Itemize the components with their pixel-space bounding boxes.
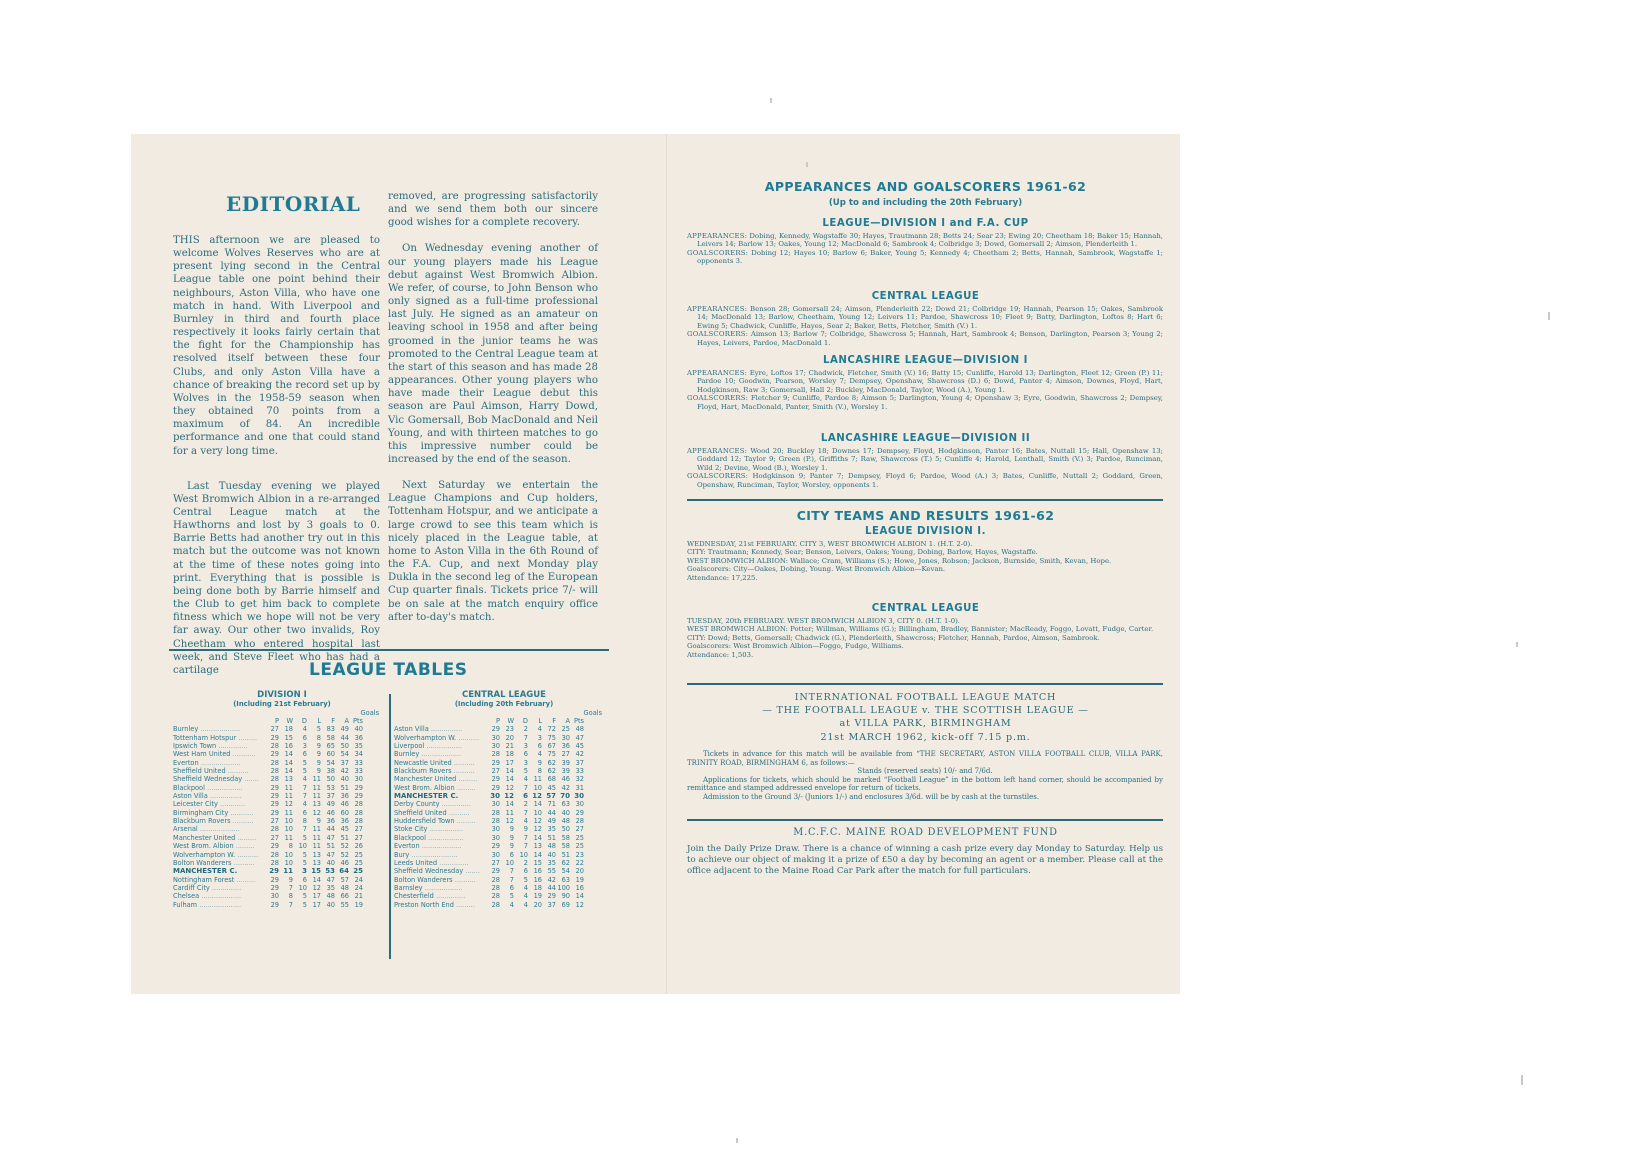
column-header: W [279,717,293,725]
page-fold [666,134,667,994]
goals-label: Goals [394,709,614,717]
scan-speck [736,1138,738,1143]
match-goalscorers: Goalscorers: West Bromwich Albion—Foggo,… [687,642,1163,650]
team-name: Liverpool ................. [394,742,486,750]
team-name: Aston Villa ............... [173,792,265,800]
table-row: Derby County ..............3014214716330 [394,800,584,808]
column-header: D [514,717,528,725]
team-name: Bolton Wanderers .......... [394,876,486,884]
fund-title: M.C.F.C. MAINE ROAD DEVELOPMENT FUND [671,827,1180,839]
team-name: Cardiff City .............. [173,884,265,892]
international-heading-line: — THE FOOTBALL LEAGUE v. THE SCOTTISH LE… [671,705,1180,717]
match-team2: WEST BROMWICH ALBION: Wallace; Cram, Wil… [687,557,1163,565]
scan-speck [806,162,808,167]
table-row: Burnley ...................271845834940 [173,725,363,733]
team-name: West Brom. Albion ......... [394,784,486,792]
appearances-section-body: APPEARANCES: Wood 20; Buckley 18; Downes… [687,447,1163,489]
editorial-title: EDITORIAL [226,192,360,216]
team-name: Manchester United ......... [173,834,265,842]
column-header: W [500,717,514,725]
team-name: Stoke City ................ [394,825,486,833]
goalscorers-list: GOALSCORERS: Hodgkinson 9; Panter 7; Dem… [687,472,1163,489]
column-header: L [307,717,321,725]
section-rule [169,649,609,651]
team-name: Wolverhampton W. .......... [173,851,265,859]
team-name: Derby County .............. [394,800,486,808]
central-league-table: CENTRAL LEAGUE (Including 20th February)… [394,691,614,909]
match-team1: WEST BROMWICH ALBION: Potter; Willman, W… [687,625,1163,633]
editorial-paragraph: THIS afternoon we are pleased to welcome… [173,234,380,458]
table-row: Aston Villa ...............2911711373629 [173,792,363,800]
match-attendance: Attendance: 1,503. [687,651,1163,659]
goalscorers-list: GOALSCORERS: Aimson 13; Barlow 7; Colbri… [687,330,1163,347]
table-row: Arsenal ...................2810711444527 [173,825,363,833]
table-row: Leicester City ............2912413494628 [173,800,363,808]
appearances-section-heading: CENTRAL LEAGUE [671,291,1180,302]
table-row: Sheffield Wednesday .......2813411504030 [173,775,363,783]
match-report: TUESDAY, 20th FEBRUARY. WEST BROMWICH AL… [687,617,1163,659]
stands-price: Stands (reserved seats) 10/- and 7/6d. [687,767,1163,776]
left-page: EDITORIAL THIS afternoon we are pleased … [131,134,661,994]
international-heading-line: at VILLA PARK, BIRMINGHAM [671,718,1180,730]
section-rule [687,499,1163,501]
table-row: Ipswich Town ..............281639655035 [173,742,363,750]
column-header: D [293,717,307,725]
editorial-column-2: removed, are progressing satisfactorily … [388,190,598,637]
table-row: Wolverhampton W. ..........2810513475225 [173,851,363,859]
team-name: Manchester United ......... [394,775,486,783]
programme-spread: EDITORIAL THIS afternoon we are pleased … [131,134,1180,994]
table-row: Blackburn Rovers ..........271458623933 [394,767,584,775]
table-row: Huddersfield Town .........2812412494828 [394,817,584,825]
appearances-section-heading: LEAGUE—DIVISION I and F.A. CUP [671,218,1180,229]
appearances-section-heading: LANCASHIRE LEAGUE—DIVISION I [671,355,1180,366]
team-name: Burnley ................... [173,725,265,733]
match-report: WEDNESDAY, 21st FEBRUARY. CITY 3, WEST B… [687,540,1163,582]
column-header: P [486,717,500,725]
team-name: Sheffield Wednesday ....... [173,775,265,783]
appearances-section-body: APPEARANCES: Benson 28; Gomersall 24; Ai… [687,305,1163,347]
team-name: Blackburn Rovers .......... [394,767,486,775]
team-name: West Brom. Albion ......... [173,842,265,850]
applications-info: Applications for tickets, which should b… [687,776,1163,793]
table-row: Bury ......................3061014405123 [394,851,584,859]
team-name: Sheffield Wednesday ....... [394,867,486,875]
international-notice: Tickets in advance for this match will b… [687,750,1163,801]
scan-speck [1516,642,1518,647]
appearances-list: APPEARANCES: Benson 28; Gomersall 24; Ai… [687,305,1163,330]
central-subtitle: (Including 20th February) [394,700,614,709]
team-name: Wolverhampton W. .......... [394,734,486,742]
team-name: Preston North End ......... [394,901,486,909]
table-row: Everton ...................299713485825 [394,842,584,850]
table-row: Everton ...................281459543733 [173,759,363,767]
appearances-list: APPEARANCES: Wood 20; Buckley 18; Downes… [687,447,1163,472]
division1-table: DIVISION I (Including 21st February) Goa… [173,691,391,909]
scan-speck [770,98,772,103]
table-row: Chelsea ...................308517486621 [173,892,363,900]
team-name: Tottenham Hotspur ......... [173,734,265,742]
team-name: Bury ...................... [394,851,486,859]
goalscorers-list: GOALSCORERS: Fletcher 9; Cunliffe, Pardo… [687,394,1163,411]
editorial-paragraph: Last Tuesday evening we played West Brom… [173,480,380,677]
table-row: Nottingham Forest .........299614475724 [173,876,363,884]
team-name: Aston Villa ............... [394,725,486,733]
team-name: Chelsea ................... [173,892,265,900]
table-header: PWDLFAPts [394,717,584,725]
table-row: Tottenham Hotspur .........291568584436 [173,734,363,742]
match-goalscorers: Goalscorers: City—Oakes, Dobing, Young. … [687,565,1163,573]
team-name: Chesterfield .............. [394,892,486,900]
team-name: Blackpool ................. [394,834,486,842]
fund-text: Join the Daily Prize Draw. There is a ch… [687,844,1163,877]
team-name: Ipswich Town .............. [173,742,265,750]
team-name: Blackpool ................. [173,784,265,792]
table-row: Fulham ....................297517405519 [173,901,363,909]
table-row: MANCHESTER C.3012612577030 [394,792,584,800]
table-row: Birmingham City ...........2911612466028 [173,809,363,817]
table-row: Stoke City ................309912355027 [394,825,584,833]
column-header: A [335,717,349,725]
division1-title: DIVISION I [173,691,391,700]
table-row: Bolton Wanderers ..........2810513404625 [173,859,363,867]
table-row: West Brom. Albion .........2981011515226 [173,842,363,850]
team-name: Leicester City ............ [173,800,265,808]
admission-info: Admission to the Ground 3/- (Juniors 1/-… [687,793,1163,802]
table-row: Wolverhampton W. ..........302073753047 [394,734,584,742]
table-row: West Brom. Albion .........2912710454231 [394,784,584,792]
team-name: Fulham .................... [173,901,265,909]
editorial-paragraph: Next Saturday we entertain the League Ch… [388,479,598,624]
appearances-subtitle: (Up to and including the 20th February) [671,198,1180,208]
match-result: WEDNESDAY, 21st FEBRUARY. CITY 3, WEST B… [687,540,1163,548]
league-tables-title: LEAGUE TABLES [309,660,467,680]
column-header: Pts [570,717,584,725]
section-rule [687,683,1163,685]
table-row: Chesterfield ..............285419299014 [394,892,584,900]
appearances-list: APPEARANCES: Dobing, Kennedy, Wagstaffe … [687,232,1163,249]
division1-standings: PWDLFAPtsBurnley ...................2718… [173,717,363,909]
table-row: Burnley ...................281864752742 [394,750,584,758]
editorial-column-1: THIS afternoon we are pleased to welcome… [173,234,380,690]
table-row: Blackpool .................2911711535129 [173,784,363,792]
team-name: Blackburn Rovers .......... [173,817,265,825]
international-heading-line: INTERNATIONAL FOOTBALL LEAGUE MATCH [671,692,1180,704]
column-header: F [321,717,335,725]
table-row: Newcastle United ..........291739623937 [394,759,584,767]
table-row: Preston North End .........284420376912 [394,901,584,909]
team-name: Leeds United .............. [394,859,486,867]
central-title: CENTRAL LEAGUE [394,691,614,700]
table-header: PWDLFAPts [173,717,363,725]
team-name: Burnley ................... [394,750,486,758]
table-row: Blackburn Rovers ..........271089363628 [173,817,363,825]
table-divider [389,694,391,959]
international-heading-line: 21st MARCH 1962, kick-off 7.15 p.m. [671,732,1180,744]
column-header: Pts [349,717,363,725]
results-section-heading: LEAGUE DIVISION I. [671,526,1180,537]
team-name: Bolton Wanderers .......... [173,859,265,867]
team-name: Newcastle United .......... [394,759,486,767]
table-row: Leeds United ..............2710215356222 [394,859,584,867]
division1-subtitle: (Including 21st February) [173,700,391,709]
central-standings: PWDLFAPtsAston Villa ...............2923… [394,717,584,909]
appearances-title: APPEARANCES AND GOALSCORERS 1961-62 [671,179,1180,194]
table-row: Manchester United .........2914411684632 [394,775,584,783]
match-attendance: Attendance: 17,225. [687,574,1163,582]
appearances-section-heading: LANCASHIRE LEAGUE—DIVISION II [671,433,1180,444]
results-title: CITY TEAMS AND RESULTS 1961-62 [671,508,1180,523]
table-row: West Ham United ...........291469605434 [173,750,363,758]
scan-speck [1521,1075,1523,1085]
table-row: MANCHESTER C.2911315536425 [173,867,363,875]
team-name: Arsenal ................... [173,825,265,833]
editorial-paragraph: On Wednesday evening another of our youn… [388,242,598,466]
team-name: Everton ................... [173,759,265,767]
column-header: L [528,717,542,725]
match-result: TUESDAY, 20th FEBRUARY. WEST BROMWICH AL… [687,617,1163,625]
team-name: Birmingham City ........... [173,809,265,817]
tickets-info: Tickets in advance for this match will b… [687,750,1163,767]
team-name: MANCHESTER C. [394,792,486,800]
results-section-heading: CENTRAL LEAGUE [671,603,1180,614]
team-name: Barnsley .................. [394,884,486,892]
appearances-list: APPEARANCES: Eyre, Loftos 17; Chadwick, … [687,369,1163,394]
table-row: Cardiff City ..............2971012354824 [173,884,363,892]
editorial-paragraph: removed, are progressing satisfactorily … [388,190,598,229]
team-name: Sheffield United .......... [173,767,265,775]
column-header: A [556,717,570,725]
goals-label: Goals [173,709,391,717]
table-row: Blackpool .................309714515825 [394,834,584,842]
table-row: Sheffield United ..........2811710444029 [394,809,584,817]
table-row: Manchester United .........2711511475127 [173,834,363,842]
team-name: West Ham United ........... [173,750,265,758]
team-name: Huddersfield Town ......... [394,817,486,825]
section-rule [687,819,1163,821]
match-team2: CITY: Dowd; Betts, Gomersall; Chadwick (… [687,634,1163,642]
table-row: Sheffield United ..........281459384233 [173,767,363,775]
table-row: Bolton Wanderers ..........287516426319 [394,876,584,884]
match-team1: CITY: Trautmann; Kennedy, Sear; Benson, … [687,548,1163,556]
appearances-section-body: APPEARANCES: Eyre, Loftos 17; Chadwick, … [687,369,1163,411]
column-header: F [542,717,556,725]
column-header: P [265,717,279,725]
team-name: Everton ................... [394,842,486,850]
table-row: Sheffield Wednesday .......297616555420 [394,867,584,875]
goalscorers-list: GOALSCORERS: Dobing 12; Hayes 10; Barlow… [687,249,1163,266]
appearances-section-body: APPEARANCES: Dobing, Kennedy, Wagstaffe … [687,232,1163,266]
table-row: Barnsley ..................2864184410016 [394,884,584,892]
right-page: APPEARANCES AND GOALSCORERS 1961-62 (Up … [671,134,1180,994]
team-name: MANCHESTER C. [173,867,265,875]
table-row: Aston Villa ...............292324722548 [394,725,584,733]
team-name: Sheffield United .......... [394,809,486,817]
table-row: Liverpool .................302136673645 [394,742,584,750]
team-name: Nottingham Forest ......... [173,876,265,884]
scan-speck [1548,312,1550,320]
